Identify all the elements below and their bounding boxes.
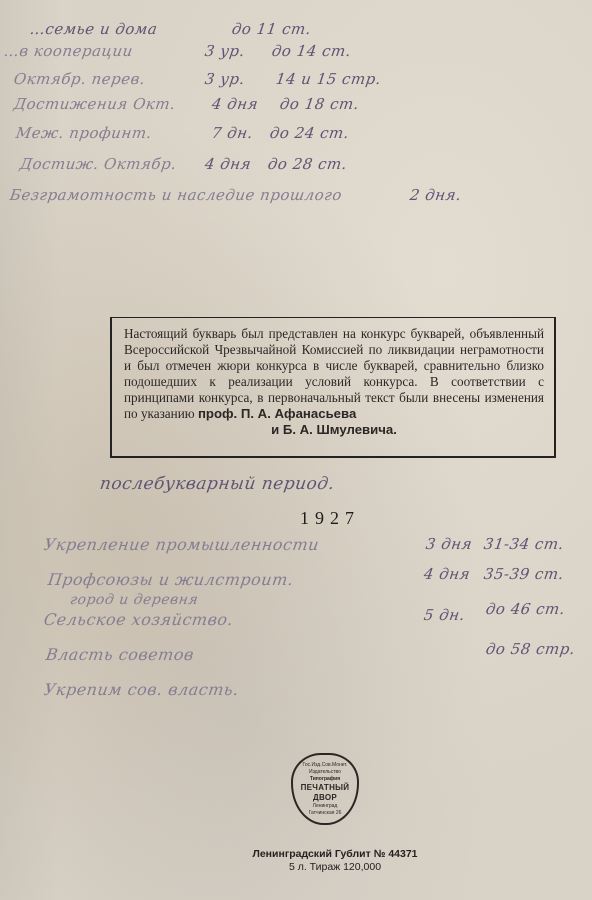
hw-pages: 35-39 ст. (483, 565, 565, 583)
imprint-censor-line: Ленинградский Гублит № 44371 (240, 848, 430, 861)
stamp-line: Гатчинская 26 (309, 810, 342, 816)
hw-topic: Меж. профинт. (15, 124, 153, 142)
hw-duration: 3 ур. (204, 70, 246, 88)
hw-topic: Сельское хозяйство. (43, 610, 235, 629)
notice-authors-1: проф. П. А. Афанасьева (198, 406, 356, 421)
hw-duration: 7 дн. (211, 124, 254, 142)
hw-duration: 4 дня (423, 565, 472, 583)
hw-topic: Профсоюзы и жилстроит. (47, 570, 295, 589)
hw-duration: 3 дня (425, 535, 474, 553)
hw-pages: до 46 ст. (485, 600, 567, 618)
hw-duration: 5 дн. (423, 606, 466, 624)
stamp-line: Издательство (309, 769, 341, 775)
hw-pages: 14 и 15 стр. (275, 70, 383, 88)
imprint: Ленинградский Гублит № 44371 5 л. Тираж … (240, 848, 430, 874)
hw-pages: до 24 ст. (269, 124, 351, 142)
notice-authors-2: и Б. А. Шмулевича. (124, 422, 544, 438)
hw-duration: 3 ур. (204, 42, 246, 60)
hw-pages: до 28 ст. (267, 155, 349, 173)
stamp-line: Типография (310, 776, 340, 782)
stamp-line: Ленинград (313, 803, 338, 809)
stamp-line: Гос.Изд.Сов.Монет. (302, 762, 347, 768)
hw-heading: послебукварный период. (99, 474, 336, 494)
hw-duration: 2 дня. (409, 186, 463, 204)
imprint-print-run: 5 л. Тираж 120,000 (240, 861, 430, 874)
hw-pages: до 14 ст. (271, 42, 353, 60)
stamp-line: ДВОР (313, 793, 337, 802)
competition-notice-box: Настоящий букварь был представлен на кон… (110, 317, 556, 458)
hw-topic: Укрепим сов. власть. (43, 680, 241, 699)
printer-stamp: Гос.Изд.Сов.Монет. Издательство Типограф… (291, 753, 359, 825)
hw-topic: город и деревня (69, 592, 199, 608)
hw-duration: 4 дня (204, 155, 253, 173)
hw-topic: Достижения Окт. (13, 95, 177, 113)
publication-year: 1927 (300, 508, 360, 529)
hw-topic: Безграмотность и наследие прошлого (9, 186, 343, 204)
hw-duration: 4 дня (211, 95, 260, 113)
hw-topic: …в кооперации (3, 42, 134, 60)
hw-topic: …семье и дома (29, 20, 159, 38)
hw-topic: Достиж. Октябр. (19, 155, 178, 173)
hw-topic: Октябр. перев. (13, 70, 147, 88)
hw-pages: до 58 стр. (485, 640, 577, 658)
stamp-line: ПЕЧАТНЫЙ (301, 783, 350, 792)
hw-topic: Власть советов (45, 645, 196, 664)
hw-pages: до 18 ст. (279, 95, 361, 113)
hw-pages: 31-34 ст. (483, 535, 565, 553)
hw-topic: Укрепление промышленности (43, 535, 321, 554)
hw-pages: до 11 ст. (231, 20, 313, 38)
